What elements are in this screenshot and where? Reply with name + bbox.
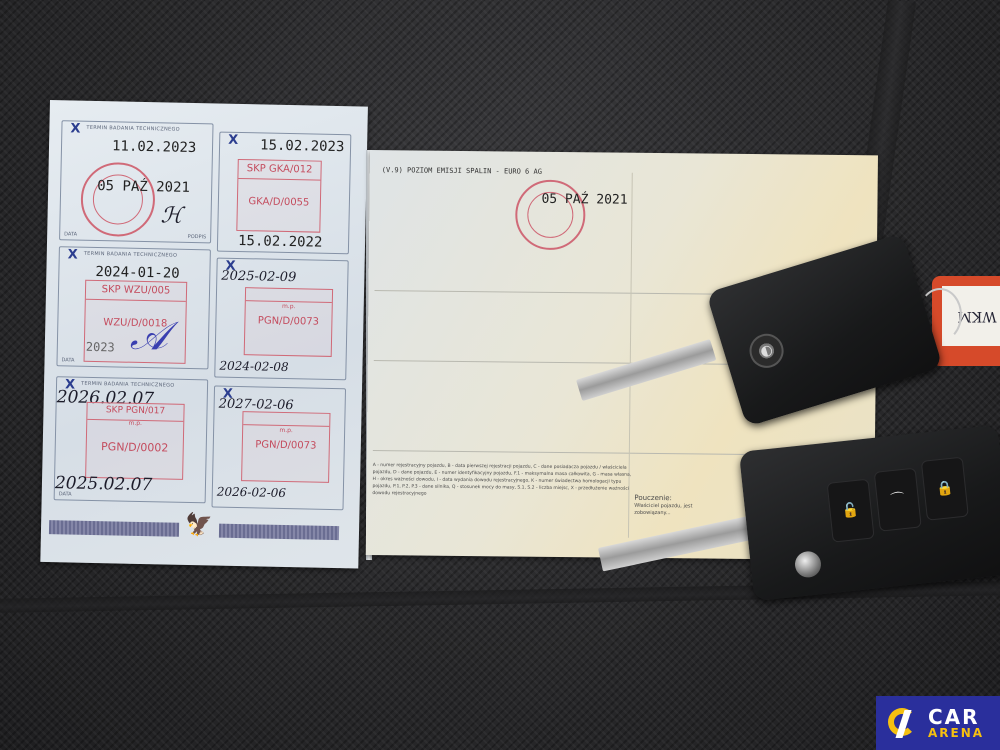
round-stamp: [515, 180, 586, 251]
car-arena-logo-icon: [888, 708, 918, 738]
signature-label: PODPIS: [188, 234, 207, 240]
stamp-code: PGN/D/0073: [245, 309, 331, 328]
inspection-stamp: m.p. PGN/D/0073: [244, 287, 333, 357]
due-date: 15.02.2023: [260, 137, 345, 155]
car-brand-logo-icon: ◐: [745, 330, 787, 372]
due-date-handwritten: 2025-02-09: [221, 269, 296, 286]
stamp-date: 05 PAŹ 2021: [97, 178, 190, 196]
due-date: 11.02.2023: [112, 138, 197, 156]
x-mark: X: [228, 133, 238, 148]
inspection-stamp: m.p. PGN/D/0073: [241, 411, 330, 483]
inspection-stamp: SKP GKA/012 GKA/D/0055: [236, 159, 321, 233]
signature: 𝒜: [130, 313, 169, 360]
lock-icon: 🔒: [935, 480, 954, 498]
inspection-date-handwritten: 2024-02-08: [219, 359, 288, 374]
notice-body: Właściciel pojazdu, jest zobowiązany...: [634, 503, 692, 516]
trunk-button[interactable]: ⌒: [874, 468, 922, 532]
inspection-cell: X 2025-02-09 m.p. PGN/D/0073 2024-02-08: [214, 258, 348, 381]
stamp-station: SKP WZU/005: [86, 281, 186, 297]
inspection-cell: X TERMIN BADANIA TECHNICZNEGO 2026.02.07…: [54, 376, 209, 503]
date-label: DATA: [64, 231, 77, 237]
stamp-date: 05 PAŹ 2021: [541, 192, 627, 208]
trunk-icon: ⌒: [890, 491, 906, 508]
inspection-cell: X 15.02.2023 SKP GKA/012 GKA/D/0055 15.0…: [217, 132, 351, 255]
round-stamp: [80, 162, 156, 238]
inspection-cell: X TERMIN BADANIA TECHNICZNEGO 11.02.2023…: [59, 120, 213, 243]
inspection-date-handwritten: 2026-02-06: [217, 485, 286, 500]
key-release-button[interactable]: [794, 550, 823, 579]
stamp-code: PGN/D/0002: [87, 426, 184, 455]
brand-line-1: CAR: [928, 707, 984, 727]
due-date: 2024-01-20: [95, 264, 180, 282]
stamp-station: SKP GKA/012: [238, 160, 320, 176]
inspection-date: 15.02.2022: [238, 233, 323, 251]
polish-eagle-emblem: 🦅: [185, 513, 213, 539]
security-band: [49, 520, 179, 537]
lock-button[interactable]: 🔒: [921, 457, 969, 521]
inspection-cell: X TERMIN BADANIA TECHNICZNEGO 2024-01-20…: [56, 246, 210, 369]
car-arena-watermark: CAR ARENA: [876, 696, 1000, 750]
inspection-date: 2023: [86, 340, 115, 355]
date-label: DATA: [61, 357, 74, 363]
brand-line-2: ARENA: [928, 727, 984, 739]
notice-title: Pouczenie:: [634, 494, 672, 502]
cell-label: TERMIN BADANIA TECHNICZNEGO: [86, 125, 180, 133]
unlock-icon: 🔓: [841, 502, 860, 520]
inspection-cell: X 2027-02-06 m.p. PGN/D/0073 2026-02-06: [212, 385, 347, 510]
notice-text: Pouczenie: Właściciel pojazdu, jest zobo…: [634, 495, 724, 518]
field-legend-fine-print: A - numer rejestracyjny pojazdu, B - dat…: [372, 462, 632, 500]
registration-left-page: X TERMIN BADANIA TECHNICZNEGO 11.02.2023…: [40, 100, 368, 569]
unlock-button[interactable]: 🔓: [827, 479, 875, 543]
stamp-code: PGN/D/0073: [243, 433, 329, 452]
security-band: [219, 524, 339, 541]
key-fob-bottom: 🔓 ⌒ 🔒: [739, 425, 1000, 601]
x-mark: X: [68, 247, 78, 262]
signature: ℋ: [160, 203, 182, 228]
x-mark: X: [70, 121, 80, 136]
date-label: DATA: [59, 491, 72, 497]
cell-label: TERMIN BADANIA TECHNICZNEGO: [84, 251, 178, 259]
inspection-stamp: SKP PGN/017 m.p. PGN/D/0002: [85, 402, 185, 480]
emission-level-line: (V.9) POZIOM EMISJI SPALIN - EURO 6 AG: [382, 166, 542, 176]
